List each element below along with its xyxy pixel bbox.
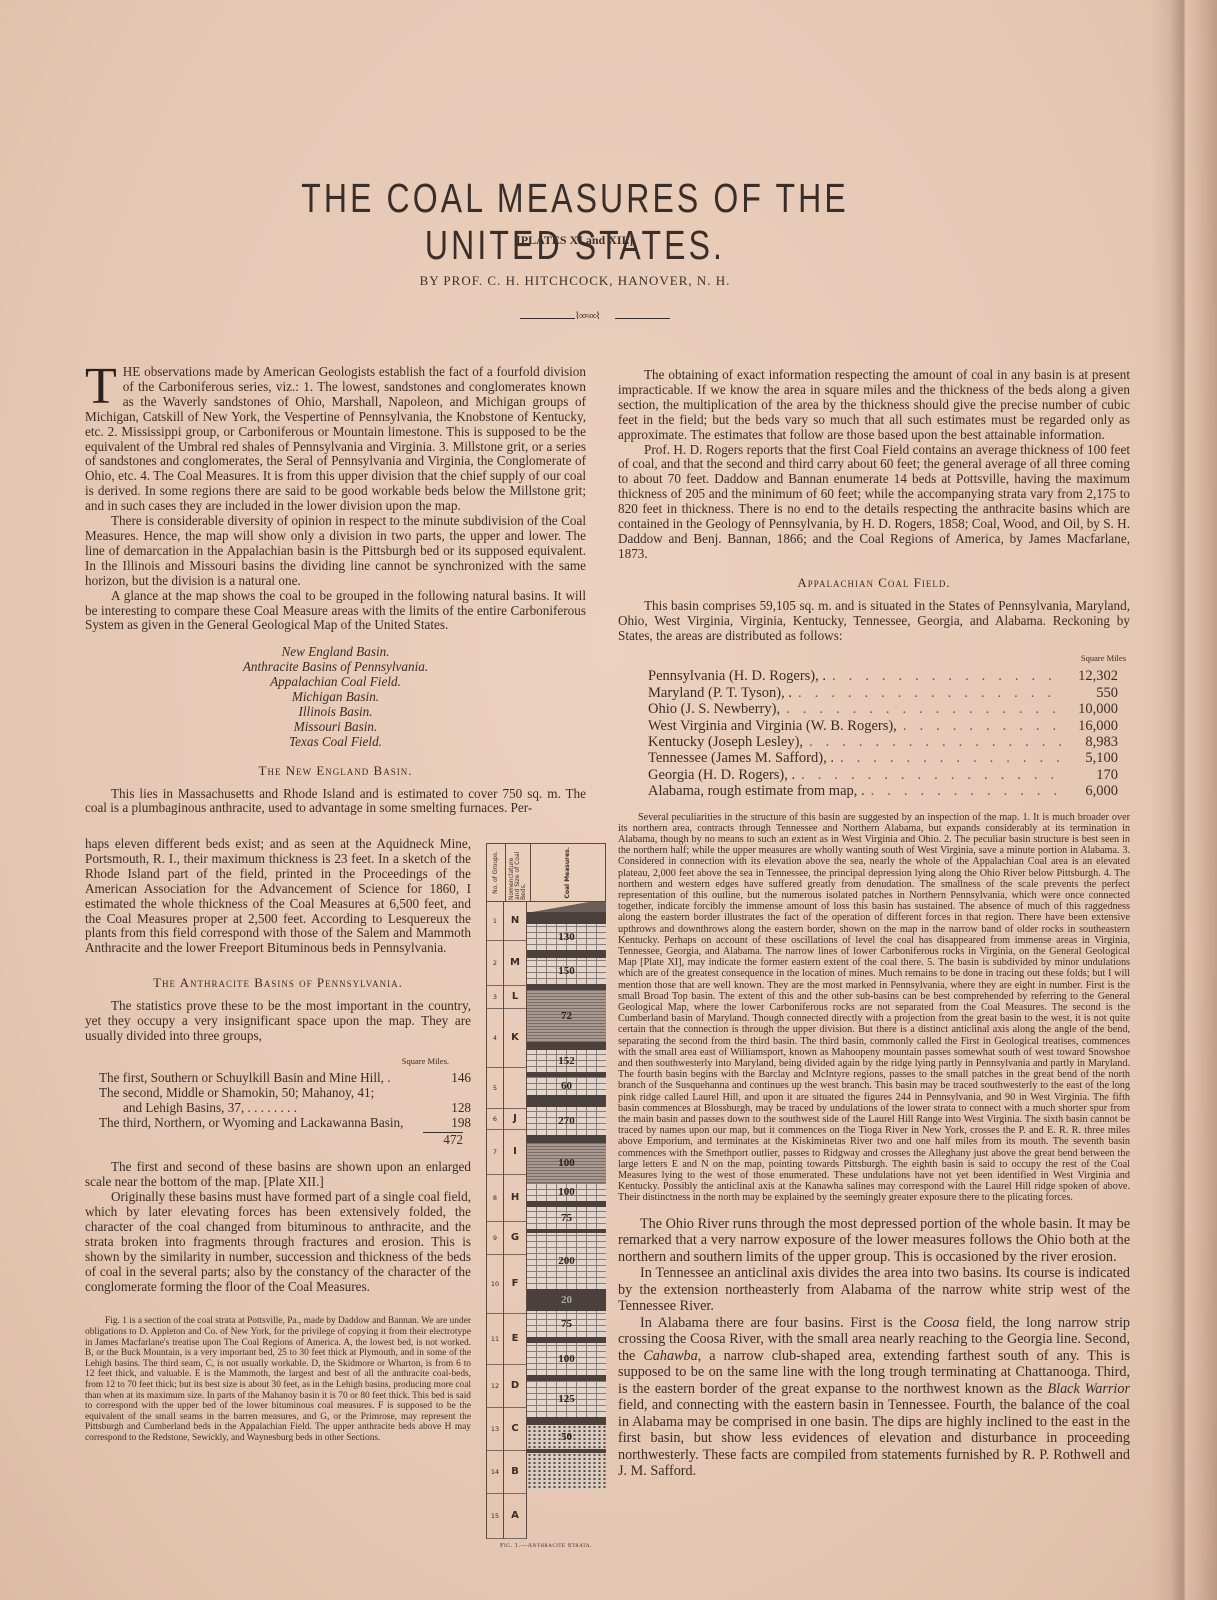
basin-list-item: Anthracite Basins of Pennsylvania.	[85, 660, 586, 675]
thickness-label: 60	[527, 1077, 606, 1095]
table-row: The first, Southern or Schuylkill Basin …	[85, 1071, 471, 1086]
thickness-label: 50	[527, 1425, 606, 1449]
figure-col-header: Coal Measures.	[531, 844, 606, 902]
page-title: THE COAL MEASURES OF THE UNITED STATES.	[251, 175, 898, 269]
anthracite-paragraph-3: Originally these basins must have formed…	[85, 1190, 471, 1294]
anthracite-paragraph-1: The statistics prove these to be the mos…	[85, 999, 471, 1044]
figure-col-header: Nomenclature and Size of Coal Beds.	[506, 844, 531, 902]
states-table: Pennsylvania (H. D. Rogers), ...........…	[618, 668, 1130, 799]
bed-label	[504, 1068, 526, 1109]
left-column-narrow: haps eleven different beds exist; and as…	[85, 837, 471, 1444]
bed-label: D	[504, 1365, 526, 1408]
left-column: THE observations made by American Geolog…	[85, 365, 586, 816]
anthracite-strata-figure: No. of Groups. Nomenclature and Size of …	[486, 843, 606, 1443]
thickness-label: 152	[527, 1050, 606, 1072]
thickness-label: 130	[527, 924, 606, 950]
thickness-label: 20	[527, 1289, 606, 1311]
bed-label: C	[504, 1408, 526, 1451]
figure-col-header: No. of Groups.	[487, 844, 506, 902]
table-row: The second, Middle or Shamokin, 50; Maha…	[85, 1086, 471, 1101]
right-column: The obtaining of exact information respe…	[618, 368, 1130, 1480]
bed-label: E	[504, 1314, 526, 1365]
tennessee-paragraph: In Tennessee an anticlinal axis divides …	[618, 1265, 1130, 1315]
table-row: Pennsylvania (H. D. Rogers), ...........…	[618, 668, 1130, 684]
ohio-river-paragraph: The Ohio River runs through the most dep…	[618, 1216, 1130, 1266]
section-heading-anthracite: The Anthracite Basins of Pennsylvania.	[85, 976, 471, 991]
group-number-column: 1 2 3 4 5 6 7 8 9 10 11 12 13 14 15	[486, 902, 504, 1539]
right-paragraph-1: The obtaining of exact information respe…	[618, 368, 1130, 443]
thickness-label: 150	[527, 958, 606, 984]
intro-paragraph-3: A glance at the map shows the coal to be…	[85, 589, 586, 634]
table-total: 472	[85, 1133, 471, 1148]
thickness-label: 200	[527, 1233, 606, 1289]
cahawba-term: Cahawba	[643, 1348, 697, 1364]
square-miles-header: Square Miles.	[85, 1054, 449, 1069]
intro-paragraph-1: THE observations made by American Geolog…	[85, 365, 586, 514]
thickness-label: 270	[527, 1107, 606, 1135]
basin-list-item: Illinois Basin.	[85, 705, 586, 720]
strata-body: 1 2 3 4 5 6 7 8 9 10 11 12 13 14 15 N M …	[486, 902, 606, 1539]
ornament-divider-icon: ⌇∞≈∞⌇	[520, 315, 670, 323]
anthracite-table: The first, Southern or Schuylkill Basin …	[85, 1071, 471, 1149]
plates-reference: [PLATES XI and XII.]	[160, 233, 990, 248]
thickness-label: 75	[527, 1207, 606, 1229]
bed-label: F	[504, 1255, 526, 1314]
thickness-label: 125	[527, 1381, 606, 1417]
bed-label: H	[504, 1175, 526, 1222]
basin-list: New England Basin. Anthracite Basins of …	[85, 645, 586, 749]
table-row: The third, Northern, or Wyoming and Lack…	[85, 1116, 471, 1131]
right-paragraph-2: Prof. H. D. Rogers reports that the firs…	[618, 443, 1130, 562]
thickness-label: 100	[527, 1143, 606, 1183]
closing-paragraphs: The Ohio River runs through the most dep…	[618, 1216, 1130, 1480]
table-row: Tennessee (James M. Safford), ..........…	[618, 750, 1130, 766]
basin-list-item: Texas Coal Field.	[85, 735, 586, 750]
thickness-label: 72	[527, 990, 606, 1042]
bed-label: N	[504, 902, 526, 941]
section-heading-new-england: The New England Basin.	[85, 764, 586, 779]
drop-cap: T	[85, 367, 117, 407]
new-england-paragraph-b: haps eleven different beds exist; and as…	[85, 837, 471, 956]
bed-letter-column: N M L K J I H G F E D C B A	[504, 902, 527, 1539]
basin-list-item: Appalachian Coal Field.	[85, 675, 586, 690]
bed-label: M	[504, 941, 526, 986]
table-row: Alabama, rough estimate from map, ......…	[618, 783, 1130, 799]
bed-label: J	[504, 1109, 526, 1130]
table-row: Georgia (H. D. Rogers), ................…	[618, 767, 1130, 783]
table-row: Kentucky (Joseph Lesley),...............…	[618, 734, 1130, 750]
bed-label: L	[504, 986, 526, 1009]
basin-list-item: New England Basin.	[85, 645, 586, 660]
table-row: Maryland (P. T. Tyson), ................…	[618, 685, 1130, 701]
thickness-label: 100	[527, 1183, 606, 1201]
alabama-paragraph: In Alabama there are four basins. First …	[618, 1315, 1130, 1480]
table-row: and Lehigh Basins, 37, . . . . . . . .12…	[85, 1101, 471, 1116]
bed-label: A	[504, 1494, 526, 1539]
black-warrior-term: Black Warrior	[1047, 1381, 1130, 1397]
figure-caption: Fig. 1.—Anthracite Strata.	[486, 1542, 606, 1549]
square-miles-header: Square Miles	[618, 651, 1126, 666]
thickness-label: 100	[527, 1343, 606, 1375]
figure-footnote: Fig. 1 is a section of the coal strata a…	[85, 1316, 471, 1443]
peculiarities-block: Several peculiarities in the structure o…	[618, 812, 1130, 1204]
bed-label: G	[504, 1222, 526, 1255]
strata-column: 130 150 72 152 60 270 100 100 75 200 20 …	[527, 902, 606, 1539]
table-row: West Virginia and Virginia (W. B. Rogers…	[618, 718, 1130, 734]
bed-label: B	[504, 1451, 526, 1494]
intro-paragraph-2: There is considerable diversity of opini…	[85, 514, 586, 589]
bed-label: I	[504, 1130, 526, 1175]
strata-top	[527, 902, 606, 912]
appalachian-paragraph: This basin comprises 59,105 sq. m. and i…	[618, 599, 1130, 644]
basin-list-item: Missouri Basin.	[85, 720, 586, 735]
table-row: Ohio (J. S. Newberry),..................…	[618, 701, 1130, 717]
author-byline: BY PROF. C. H. HITCHCOCK, HANOVER, N. H.	[160, 273, 990, 289]
anthracite-paragraph-2: The first and second of these basins are…	[85, 1160, 471, 1190]
section-heading-appalachian: Appalachian Coal Field.	[618, 576, 1130, 591]
basin-list-item: Michigan Basin.	[85, 690, 586, 705]
new-england-paragraph-a: This lies in Massachusetts and Rhode Isl…	[85, 787, 586, 817]
thickness-label: 75	[527, 1311, 606, 1337]
bed-label: K	[504, 1009, 526, 1068]
coosa-term: Coosa	[923, 1315, 959, 1331]
